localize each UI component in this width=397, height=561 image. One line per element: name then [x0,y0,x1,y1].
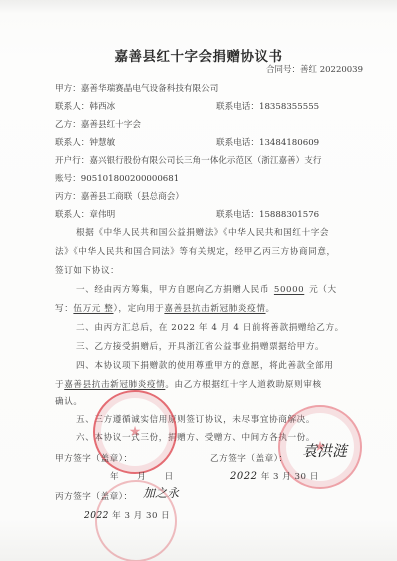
party-b-contact-row: 联系人：钟慧敏 联系电话：13484180609 [55,136,115,148]
party-c-phone-label: 联系电话： [216,210,259,220]
document-title: 嘉善县红十字会捐赠协议书 [0,45,397,65]
clause-4-text-b: 于 [55,380,64,390]
clause-3: 三、乙方接受捐赠后，开具浙江省公益事业捐赠票据给甲方。 [55,340,376,352]
party-c-contact-label: 联系人： [55,210,89,220]
clause-2: 二、由丙方汇总后，在 2022 年 4 月 4 日前将善款捐赠给乙方。 [55,321,376,333]
party-b-label: 乙方： [55,120,81,130]
party-b-handwritten-signature: 袁洪涟 [302,440,347,461]
contract-number: 合同号：善红 20220039 [266,63,363,75]
party-c-label: 丙方： [55,192,81,202]
party-b-date-rest: 年 3 月 30 日 [261,472,319,482]
party-a-row: 甲方：嘉善华瑞赛晶电气设备科技有限公司 [55,82,218,94]
party-c-phone: 联系电话：15888301576 [216,208,319,220]
donation-amount-words: 伍万元 整 [73,304,113,314]
party-b-account-row: 账号：905101800200000681 [55,172,179,184]
party-b-phone-value: 13484180609 [259,138,319,148]
party-c-phone-value: 15888301576 [259,210,319,220]
account-number: 905101800200000681 [81,174,179,184]
preamble-line-3: 签订如下协议： [55,264,355,276]
party-a-phone-value: 18358355555 [259,102,319,112]
preamble-line-1: 根据《中华人民共和国公益捐赠法》《中华人民共和国红十字会 [55,226,376,238]
clause-1-line-1: 一、经由丙方筹集，甲方自愿向乙方捐赠人民币50000元（大 [55,283,376,295]
document-page: 嘉善县红十字会捐赠协议书 合同号：善红 20220039 甲方：嘉善华瑞赛晶电气… [0,0,397,561]
clause-4-line-1: 四、本协议项下捐赠款的使用尊重甲方的意愿，将此善款全部用 [55,359,376,371]
party-b-contact: 钟慧敏 [89,138,115,148]
clause-4-line-2: 于嘉善县抗击新冠肺炎疫情。由乙方根据红十字人道救助原则审核 [55,378,355,390]
party-c-date: 2022 年 3 月 30 日 [84,509,170,521]
bank-name: 嘉兴银行股份有限公司长三角一体化示范区（浙江嘉善）支行 [89,156,321,166]
clause-1-text-b: 元（大 [309,285,337,295]
clause-1-text: 一、经由丙方筹集，甲方自愿向乙方捐赠人民币 [76,285,269,295]
donation-purpose: 嘉善县抗击新冠肺炎疫情 [164,304,265,314]
party-c-handwritten-signature: 加之永 [143,484,179,501]
clause-4-text-c: 。由乙方根据红十字人道救助原则审核 [165,380,321,390]
clause-1-text-c: 写： [55,304,73,314]
party-c-row: 丙方：嘉善县工商联（县总商会） [55,190,184,202]
account-label: 账号： [55,174,81,184]
party-b-date-year: 2022 [230,471,257,482]
party-c-contact: 章伟明 [89,210,115,220]
party-c-name: 嘉善县工商联（县总商会） [81,192,184,202]
party-c-signature-label: 丙方签字（盖章）： [55,490,133,502]
party-a-contact: 韩西冰 [89,102,115,112]
preamble-line-2: 法》《中华人民共和国合同法》等有关规定，经甲乙丙三方协商同意， [55,245,355,257]
party-c-date-rest: 年 3 月 30 日 [112,511,170,521]
party-a-date: 年 月 日 [110,470,174,482]
bank-label: 开户行： [55,156,89,166]
party-a-label: 甲方： [55,84,81,94]
clause-1-text-e: 。 [266,304,275,314]
party-b-bank-row: 开户行：嘉兴银行股份有限公司长三角一体化示范区（浙江嘉善）支行 [55,154,321,166]
party-b-name: 嘉善县红十字会 [81,120,141,130]
clause-1-text-d: ），定向用于 [114,304,165,314]
party-b-contact-label: 联系人： [55,138,89,148]
clause-1-line-2: 写：伍万元 整），定向用于嘉善县抗击新冠肺炎疫情。 [55,302,355,314]
party-c-contact-row: 联系人：章伟明 联系电话：15888301576 [55,208,115,220]
party-a-contact-row: 联系人：韩西冰 联系电话：18358355555 [55,100,115,112]
party-a-phone-label: 联系电话： [216,102,259,112]
party-a-name: 嘉善华瑞赛晶电气设备科技有限公司 [81,84,219,94]
party-b-row: 乙方：嘉善县红十字会 [55,118,141,130]
party-a-contact-label: 联系人： [55,102,89,112]
contract-number-label: 合同号： [266,65,300,75]
contract-number-value: 善红 20220039 [300,65,363,75]
party-c-date-year: 2022 [84,511,109,521]
party-a-phone: 联系电话：18358355555 [216,100,319,112]
donation-amount: 50000 [269,285,309,295]
clause-4-purpose: 嘉善县抗击新冠肺炎疫情 [64,380,165,390]
party-b-date: 2022 年 3 月 30 日 [230,470,319,482]
party-b-signature-label: 乙方签字（盖章）： [210,452,288,464]
party-b-phone-label: 联系电话： [216,138,259,148]
seal-star-icon: ★ [129,424,142,440]
party-a-signature-label: 甲方签字（盖章）： [55,452,133,464]
party-b-phone: 联系电话：13484180609 [216,136,319,148]
